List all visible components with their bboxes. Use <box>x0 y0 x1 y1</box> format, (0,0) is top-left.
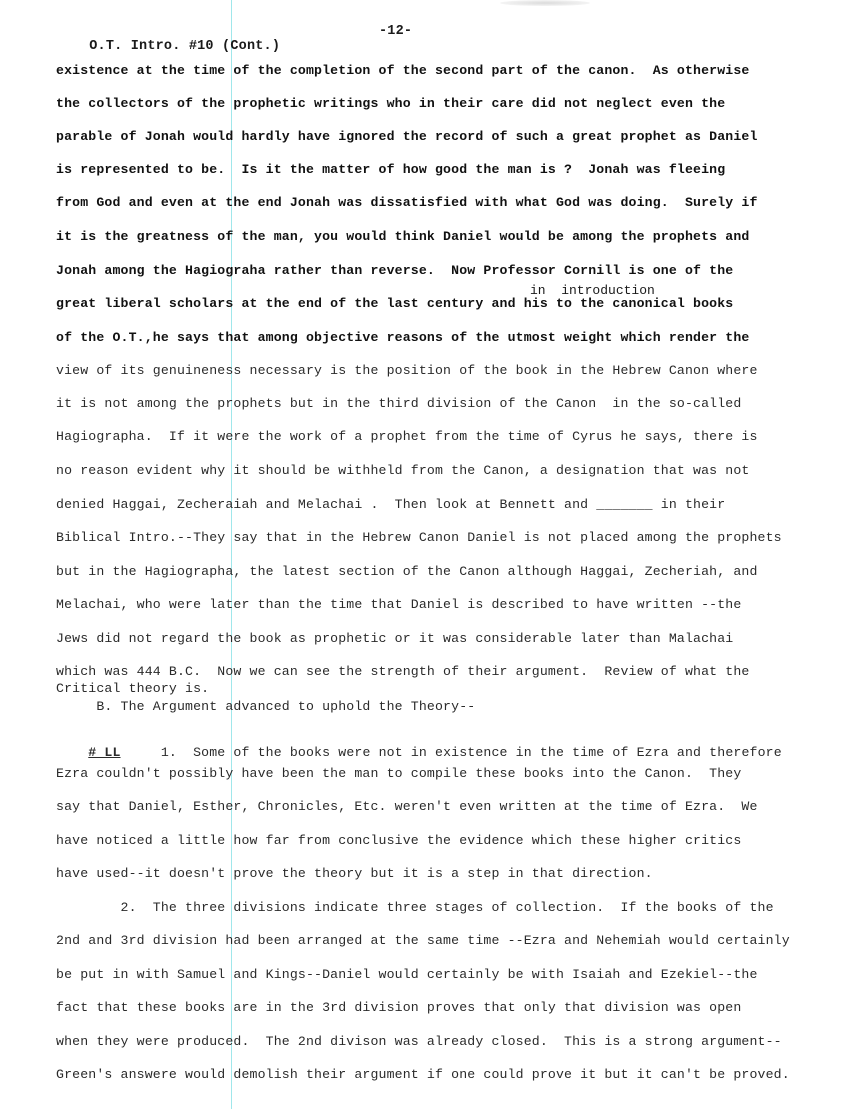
text-line: 2nd and 3rd division had been arranged a… <box>56 934 790 947</box>
text-line: but in the Hagiographa, the latest secti… <box>56 565 758 578</box>
text-line: of the O.T.,he says that among objective… <box>56 331 750 344</box>
text-line: it is the greatness of the man, you woul… <box>56 230 750 243</box>
text-line: from God and even at the end Jonah was d… <box>56 196 758 209</box>
text-line: existence at the time of the completion … <box>56 64 750 77</box>
text-line: great liberal scholars at the end of the… <box>56 297 733 310</box>
text-line: Ezra couldn't possibly have been the man… <box>56 767 741 780</box>
text-line: Jonah among the Hagiograha rather than r… <box>56 264 733 277</box>
header-title: O.T. Intro. #10 (Cont.) <box>89 39 280 54</box>
text-line: Jews did not regard the book as propheti… <box>56 632 733 645</box>
typewritten-page: O.T. Intro. #10 (Cont.) -12- existence a… <box>0 0 847 1109</box>
text-line: be put in with Samuel and Kings--Daniel … <box>56 968 758 981</box>
text-line: is represented to be. Is it the matter o… <box>56 163 725 176</box>
text-line: have used--it doesn't prove the theory b… <box>56 867 653 880</box>
text-line: fact that these books are in the 3rd div… <box>56 1001 741 1014</box>
text-line: Melachai, who were later than the time t… <box>56 598 741 611</box>
section-marker: # LL <box>88 745 120 760</box>
text-line: parable of Jonah would hardly have ignor… <box>56 130 758 143</box>
page-number: -12- <box>379 24 412 39</box>
text-line: view of its genuineness necessary is the… <box>56 364 758 377</box>
text-line: it is not among the prophets but in the … <box>56 397 741 410</box>
point-2-first-line: 2. The three divisions indicate three st… <box>56 901 774 914</box>
text-line: the collectors of the prophetic writings… <box>56 97 725 110</box>
text-line: when they were produced. The 2nd divison… <box>56 1035 782 1048</box>
text-line: no reason evident why it should be withh… <box>56 464 750 477</box>
point-1-first-line: 1. Some of the books were not in existen… <box>121 745 782 760</box>
text-line: which was 444 B.C. Now we can see the st… <box>56 665 750 678</box>
text-line: say that Daniel, Esther, Chronicles, Etc… <box>56 800 758 813</box>
section-heading-b: B. The Argument advanced to uphold the T… <box>56 700 475 713</box>
text-line: Biblical Intro.--They say that in the He… <box>56 531 782 544</box>
text-line: Hagiographa. If it were the work of a pr… <box>56 430 758 443</box>
text-line: Green's answere would demolish their arg… <box>56 1068 790 1081</box>
text-line: Critical theory is. <box>56 682 209 695</box>
text-line: have noticed a little how far from concl… <box>56 834 741 847</box>
text-line: denied Haggai, Zecheraiah and Melachai .… <box>56 498 725 511</box>
scan-smudge <box>500 0 590 6</box>
